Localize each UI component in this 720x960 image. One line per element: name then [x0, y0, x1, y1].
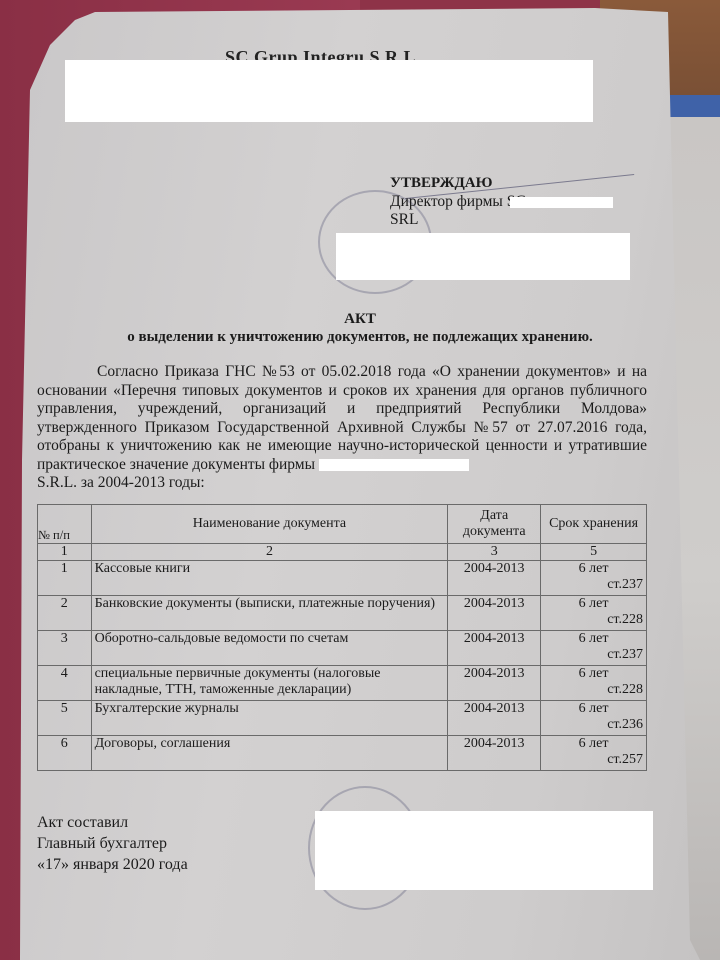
- approval-line-srl: SRL: [390, 211, 526, 230]
- footer-composed: Акт составил: [37, 812, 188, 833]
- paragraph-text: Согласно Приказа ГНС №53 от 05.02.2018 г…: [37, 363, 647, 473]
- row-date: 2004-2013: [448, 736, 541, 771]
- footer-date: «17» января 2020 года: [37, 854, 188, 875]
- redaction-box: [510, 197, 613, 208]
- footer-signature-block: Акт составил Главный бухгалтер «17» янва…: [37, 812, 188, 875]
- term-value: 6 лет: [544, 631, 643, 647]
- paragraph-text-end: S.R.L. за 2004-2013 годы:: [37, 474, 205, 491]
- act-subtitle: о выделении к уничтожению документов, не…: [95, 328, 625, 347]
- table-row: 6Договоры, соглашения2004-20136 летст.25…: [38, 736, 647, 771]
- row-no: 2: [38, 596, 92, 631]
- row-date: 2004-2013: [448, 666, 541, 701]
- term-article: ст.257: [544, 752, 643, 768]
- row-no: 6: [38, 736, 92, 771]
- term-value: 6 лет: [544, 596, 643, 612]
- table-row: 4специальные первичные документы (налого…: [38, 666, 647, 701]
- redaction-box: [319, 459, 469, 471]
- table-header-row: № п/п Наименование документа Дата докуме…: [38, 505, 647, 544]
- row-date: 2004-2013: [448, 596, 541, 631]
- act-title: АКТ: [0, 310, 720, 329]
- row-date: 2004-2013: [448, 631, 541, 666]
- act-body-paragraph: Согласно Приказа ГНС №53 от 05.02.2018 г…: [37, 363, 647, 493]
- term-article: ст.228: [544, 682, 643, 698]
- documents-table: № п/п Наименование документа Дата докуме…: [37, 504, 647, 771]
- table-row: 3Оборотно-сальдовые ведомости по счетам2…: [38, 631, 647, 666]
- row-no: 1: [38, 561, 92, 596]
- row-no: 3: [38, 631, 92, 666]
- term-value: 6 лет: [544, 736, 643, 752]
- row-date: 2004-2013: [448, 701, 541, 736]
- term-article: ст.228: [544, 612, 643, 628]
- term-value: 6 лет: [544, 561, 643, 577]
- col-num: 3: [448, 544, 541, 561]
- col-num: 1: [38, 544, 92, 561]
- redaction-box: [315, 811, 653, 890]
- approval-line-director: Директор фирмы SC: [390, 193, 526, 212]
- row-term: 6 летст.228: [541, 666, 647, 701]
- row-name: Банковские документы (выписки, платежные…: [91, 596, 448, 631]
- row-name: Договоры, соглашения: [91, 736, 448, 771]
- row-name: специальные первичные документы (налогов…: [91, 666, 448, 701]
- header-date: Дата документа: [448, 505, 541, 544]
- term-article: ст.237: [544, 577, 643, 593]
- term-article: ст.237: [544, 647, 643, 663]
- row-term: 6 летст.228: [541, 596, 647, 631]
- row-name: Бухгалтерские журналы: [91, 701, 448, 736]
- row-term: 6 летст.237: [541, 631, 647, 666]
- table-row: 2Банковские документы (выписки, платежны…: [38, 596, 647, 631]
- row-no: 4: [38, 666, 92, 701]
- term-value: 6 лет: [544, 666, 643, 682]
- col-num: 5: [541, 544, 647, 561]
- row-term: 6 летст.257: [541, 736, 647, 771]
- header-term: Срок хранения: [541, 505, 647, 544]
- term-value: 6 лет: [544, 701, 643, 717]
- approval-title: УТВЕРЖДАЮ: [390, 174, 526, 193]
- table-row: 5Бухгалтерские журналы2004-20136 летст.2…: [38, 701, 647, 736]
- footer-role: Главный бухгалтер: [37, 833, 188, 854]
- row-date: 2004-2013: [448, 561, 541, 596]
- header-no: № п/п: [38, 505, 92, 544]
- table-column-numbers: 1 2 3 5: [38, 544, 647, 561]
- row-term: 6 летст.237: [541, 561, 647, 596]
- row-term: 6 летст.236: [541, 701, 647, 736]
- row-no: 5: [38, 701, 92, 736]
- table-row: 1Кассовые книги2004-20136 летст.237: [38, 561, 647, 596]
- col-num: 2: [91, 544, 448, 561]
- row-name: Кассовые книги: [91, 561, 448, 596]
- term-article: ст.236: [544, 717, 643, 733]
- redaction-box: [65, 60, 593, 122]
- redaction-box: [336, 233, 630, 280]
- approval-block: УТВЕРЖДАЮ Директор фирмы SC SRL: [390, 174, 526, 230]
- row-name: Оборотно-сальдовые ведомости по счетам: [91, 631, 448, 666]
- header-name: Наименование документа: [91, 505, 448, 544]
- table-body: 1Кассовые книги2004-20136 летст.2372Банк…: [38, 561, 647, 771]
